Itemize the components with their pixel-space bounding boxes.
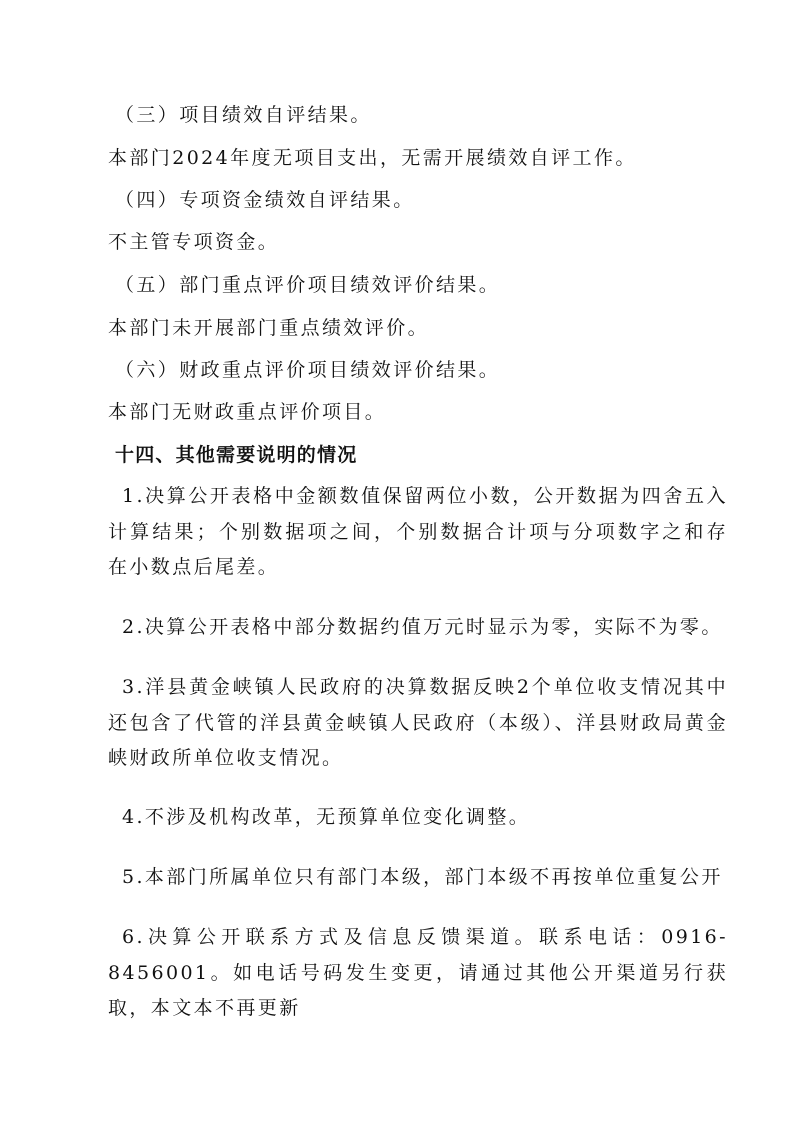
note-item-5: 5.本部门所属单位只有部门本级，部门本级不再按单位重复公开 bbox=[108, 860, 728, 896]
document-page: （三）项目绩效自评结果。 本部门2024年度无项目支出，无需开展绩效自评工作。 … bbox=[0, 0, 793, 1122]
section-heading: 十四、其他需要说明的情况 bbox=[115, 443, 735, 467]
paragraph-text: 本部门未开展部门重点绩效评价。 bbox=[108, 316, 728, 340]
note-item-1: 1.决算公开表格中金额数值保留两位小数，公开数据为四舍五入计算结果；个别数据项之… bbox=[108, 479, 728, 586]
note-item-3: 3.洋县黄金峡镇人民政府的决算数据反映2个单位收支情况其中还包含了代管的洋县黄金… bbox=[108, 670, 728, 777]
subsection-heading-4: （四）专项资金绩效自评结果。 bbox=[115, 188, 735, 212]
paragraph-text: 本部门2024年度无项目支出，无需开展绩效自评工作。 bbox=[108, 146, 728, 170]
note-item-2: 2.决算公开表格中部分数据约值万元时显示为零，实际不为零。 bbox=[108, 610, 728, 646]
note-item-6: 6.决算公开联系方式及信息反馈渠道。联系电话：0916-8456001。如电话号… bbox=[108, 920, 728, 1027]
subsection-heading-5: （五）部门重点评价项目绩效评价结果。 bbox=[115, 273, 735, 297]
paragraph-text: 不主管专项资金。 bbox=[108, 230, 728, 254]
subsection-heading-3: （三）项目绩效自评结果。 bbox=[115, 103, 735, 127]
note-item-4: 4.不涉及机构改革，无预算单位变化调整。 bbox=[108, 800, 728, 836]
paragraph-text: 本部门无财政重点评价项目。 bbox=[108, 400, 728, 424]
subsection-heading-6: （六）财政重点评价项目绩效评价结果。 bbox=[115, 358, 735, 382]
